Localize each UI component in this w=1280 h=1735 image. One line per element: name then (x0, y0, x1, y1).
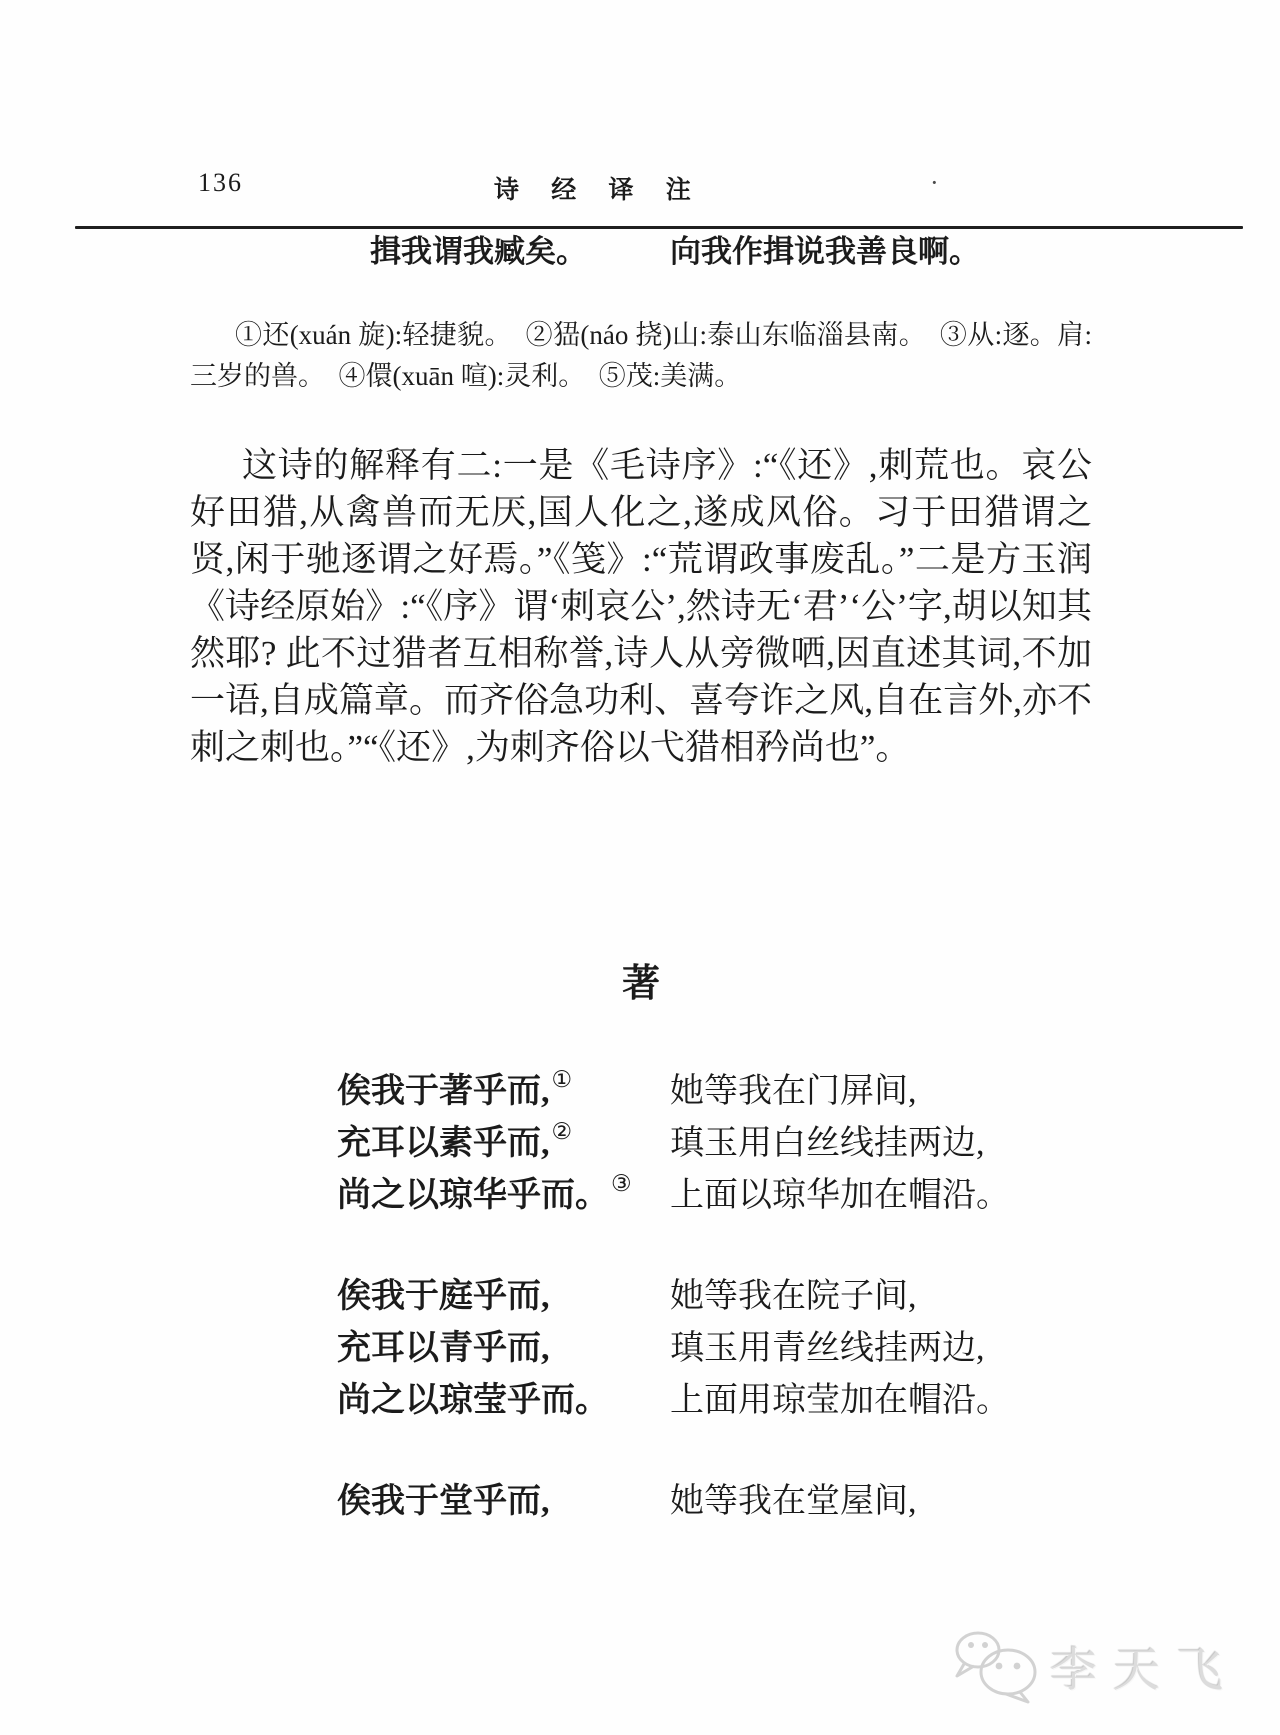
header-dot: · (930, 168, 939, 198)
watermark: 李天飞 (948, 1624, 1239, 1708)
header-rule (75, 226, 1243, 229)
section-title: 著 (190, 952, 1092, 1007)
book-page: 136 诗 经 译 注 · 揖我谓我臧矣。向我作揖说我善良啊。 ①还(xuán … (0, 0, 1280, 1735)
stanza-line: 充耳以青乎而, 瑱玉用青丝线挂两边, (337, 1323, 1237, 1375)
poem-stanzas: 俟我于著乎而,① 她等我在门屏间, 充耳以素乎而,② 瑱玉用白丝线挂两边, 尚之… (337, 1066, 1237, 1577)
stanza-original: 充耳以素乎而,② (337, 1118, 670, 1170)
footnotes-paragraph: ①还(xuán 旋):轻捷貌。 ②峱(náo 挠)山:泰山东临淄县南。 ③从:逐… (190, 315, 1092, 397)
verse-translation: 向我作揖说我善良啊。 (670, 234, 980, 269)
page-header-title: 诗 经 译 注 (494, 170, 704, 206)
stanza-line: 充耳以素乎而,② 瑱玉用白丝线挂两边, (337, 1118, 1237, 1170)
stanza-original-text: 充耳以素乎而, (337, 1125, 550, 1162)
page-number: 136 (198, 168, 243, 198)
stanza-translation: 瑱玉用青丝线挂两边, (670, 1323, 985, 1375)
stanza-translation: 瑱玉用白丝线挂两边, (670, 1118, 985, 1170)
watermark-name: 李天飞 (1050, 1633, 1239, 1700)
stanza-original: 尚之以琼华乎而。③ (337, 1170, 670, 1222)
footnote-ref: ② (552, 1119, 573, 1144)
stanza: 俟我于堂乎而, 她等我在堂屋间, (337, 1476, 1237, 1528)
stanza-original-text: 充耳以青乎而, (337, 1330, 550, 1367)
stanza: 俟我于著乎而,① 她等我在门屏间, 充耳以素乎而,② 瑱玉用白丝线挂两边, 尚之… (337, 1066, 1237, 1222)
stanza-original: 俟我于堂乎而, (337, 1476, 670, 1528)
stanza-original: 俟我于庭乎而, (337, 1271, 670, 1323)
stanza-line: 俟我于堂乎而, 她等我在堂屋间, (337, 1476, 1237, 1528)
stanza-original-text: 尚之以琼华乎而。 (337, 1177, 609, 1214)
stanza-original-text: 俟我于庭乎而, (337, 1278, 550, 1315)
wechat-chat-bubbles-icon (948, 1626, 1044, 1706)
stanza: 俟我于庭乎而, 她等我在院子间, 充耳以青乎而, 瑱玉用青丝线挂两边, 尚之以琼… (337, 1271, 1237, 1427)
footnote-ref: ③ (611, 1171, 632, 1196)
stanza-translation: 她等我在门屏间, (670, 1066, 917, 1118)
stanza-translation: 她等我在院子间, (670, 1271, 917, 1323)
stanza-original-text: 俟我于著乎而, (337, 1073, 550, 1110)
stanza-original: 尚之以琼莹乎而。 (337, 1375, 670, 1427)
stanza-translation: 上面以琼华加在帽沿。 (670, 1170, 1010, 1222)
stanza-original: 俟我于著乎而,① (337, 1066, 670, 1118)
stanza-line: 俟我于庭乎而, 她等我在院子间, (337, 1271, 1237, 1323)
stanza-line: 俟我于著乎而,① 她等我在门屏间, (337, 1066, 1237, 1118)
stanza-line: 尚之以琼华乎而。③ 上面以琼华加在帽沿。 (337, 1170, 1237, 1222)
commentary-paragraph: 这诗的解释有二:一是《毛诗序》:“《还》,刺荒也。哀公好田猎,从禽兽而无厌,国人… (190, 442, 1092, 771)
stanza-translation: 她等我在堂屋间, (670, 1476, 917, 1528)
stanza-original-text: 俟我于堂乎而, (337, 1483, 550, 1520)
verse-row: 揖我谓我臧矣。向我作揖说我善良啊。 (370, 231, 980, 273)
footnote-ref: ① (552, 1067, 573, 1092)
stanza-translation: 上面用琼莹加在帽沿。 (670, 1375, 1010, 1427)
stanza-original: 充耳以青乎而, (337, 1323, 670, 1375)
verse-original: 揖我谓我臧矣。 (370, 231, 670, 273)
stanza-line: 尚之以琼莹乎而。 上面用琼莹加在帽沿。 (337, 1375, 1237, 1427)
stanza-original-text: 尚之以琼莹乎而。 (337, 1382, 609, 1419)
